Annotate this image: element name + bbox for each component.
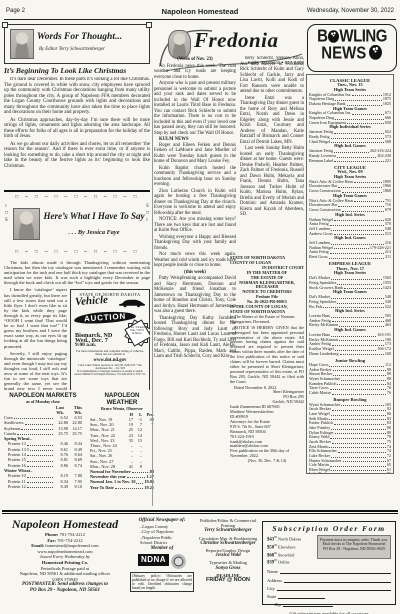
subscription-footer: Gift subscriptions available for all occ… [267,611,391,614]
subscription-form: Subscription Order Form $4300 North Dako… [262,521,396,605]
field-blank-line[interactable] [283,602,333,607]
legal-heading: STATE OF NORTH DAKOTACOUNTY OF LOGANIN D… [230,256,304,325]
news-block: berly Schlecht, Stetson, Anna, Ava and S… [240,56,304,95]
official-items: –Logan County–City of Napoleon–Napoleon … [130,524,194,546]
fredonia-column-1: (Week of Nov. 23)No Fredonia news this w… [154,56,236,508]
news-block: No Fredonia news this week. The cold wea… [154,64,236,81]
field-blank-line[interactable] [278,594,325,599]
news-block: Kulm Baptist church hosted the community… [154,166,236,188]
masthead-lines: Phone: 701-754-2212Fax: 701-754-2212Emai… [4,532,126,582]
news-block: Anyone who is past and present military … [154,81,236,136]
correspondent-photo [168,30,191,59]
data-tables: NAPOLEON MARKETS as of Monday close Last… [4,392,154,508]
bowling-entry: Diane Lindenberg168 [309,352,391,357]
form-field[interactable]: State [267,594,325,599]
decorative-border-bottom: □ ∼ □ ∼ □ ∼ □ ∼ □ ∼ □ ∼ □ [4,250,150,256]
market-row: Protein 128.498.10 [4,484,82,489]
weather-rows: Sat., Nov. 1917-1.08 Sun., Nov. 20197T M… [90,417,154,469]
staff-entry: Circulation Mgr. & Bookkeeping Christine… [198,536,258,546]
news-block: Roger and Eileen Feiken and Dennis Feike… [154,143,236,165]
form-field[interactable]: Name [267,569,391,574]
bowling-logo: BWLING NEWS [307,24,397,72]
article-paragraph: As we go about our daily activities and … [4,142,150,170]
price-option: $5000 Elsewhere [267,543,315,551]
newspaper-page: Page 2 Napoleon Homestead Wednesday, Nov… [0,0,400,614]
news-block: Not much news this week again. Weather a… [154,252,236,269]
bowling-ball-icon [369,45,382,60]
staff-name: Jessica Wald [198,553,258,558]
legal-signature: Sheri KleingartnerPO Box 295Gackle, ND 5… [230,390,304,405]
legal-heading-line: In The Matter of the Estate of Norman Kl… [230,315,304,325]
ad-info: For more information and complete listin… [72,350,148,357]
postmaster-address: PO Box 29 - Napoleon, ND 58561 [4,588,126,594]
news-block: Zion Lutheran Church in Kulm will again … [154,189,236,217]
subscription-prices: $4300 North Dakota$5000 Elsewhere$6800 S… [267,535,315,566]
bowling-league: CLASSIC LEAGUETues., Nov. 15High Team Se… [309,78,391,164]
subscription-fields: Name Address City State Zip [267,569,391,607]
decorative-border-right: S□≀ [146,203,149,224]
news-block: Irene Entzi was a Thanksgiving Day dinne… [240,96,304,146]
decorative-border-left: ≀□S [5,203,8,224]
fredonia-column-2: berly Schlecht, Stetson, Anna, Ava and S… [240,56,304,254]
staff-name: Terry Schwartzenberger [198,528,258,533]
starburst-badge: Cars • Pickups Vans • SUVs & More! [125,320,149,344]
jessica-paragraph: The kids almost made it through Thanksgi… [4,260,150,285]
weather-summary-row: Year To Date19.21 [90,485,154,490]
payment-note: Payment must accompany order. Thank you.… [317,535,391,559]
bowling-league: Junior BowlingHope Gross112Aiden Becker9… [309,358,391,396]
association-seal-icon [171,554,186,569]
col-last-week: Last Wk. [49,405,64,415]
jessica-column-body: The kids almost made it through Thanksgi… [4,260,150,390]
weather-title: NAPOLEON WEATHER [90,392,154,406]
staff-list: Publisher/Editor & Commercial Printing T… [198,518,258,583]
article-title: It’s Beginning To Look Like Christmas [4,66,150,75]
editor-photo [10,29,34,59]
issue-date: Wednesday, November 30, 2022 [307,8,394,14]
staff-name: Christine Schwartzenberger [198,541,258,546]
news-block: (Week of Nov. 23) [154,57,236,63]
bowling-league: EMPRESS LEAGUEThurs., Nov. 17High Team S… [309,261,391,356]
masthead-rule [2,513,398,514]
ndna-logo: NDNA [138,554,169,566]
form-field[interactable]: City [267,586,391,591]
field-blank-line[interactable] [284,578,391,583]
form-field[interactable]: Address [267,578,391,583]
masthead: Napoleon Homestead Phone: 701-754-2212Fa… [2,510,398,614]
article-body: It’s darn near December. In these parts … [4,77,150,188]
article-paragraph: It’s darn near December. In these parts … [4,77,150,116]
col-this-week: This Wk. [67,405,82,415]
bowling-entry: Brennan Label221 [309,159,391,164]
news-block: (this week) [154,270,236,276]
markets-title: NAPOLEON MARKETS [4,392,82,399]
subscription-title: Subscription Order Form [267,524,391,533]
field-blank-line[interactable] [277,586,391,591]
ad-website-link[interactable]: www.dot.nd.gov [72,358,148,363]
weather-subtitle: Bruce Wentz, Observer [90,406,154,411]
obituary-policy: Obituary policy: Obituaries are publishe… [130,572,194,593]
decorative-border-top: □ ∼ □ ∼ □ ∼ □ ∼ □ ∼ □ ∼ □ [4,195,150,201]
car-icon [118,297,146,308]
words-for-thought-header: Words For Thought... By Editor Terry Sch… [4,24,150,64]
staff-entry: Reporter/Graphic Design Jessica Wald [198,548,258,558]
bowling-entry: Luka Becker71 [309,472,391,474]
affiliations: Official Newspaper of: –Logan County–Cit… [130,518,194,592]
price-option: $3900 Online [267,558,315,566]
member-label: Member of [130,546,194,552]
markets-table: NAPOLEON MARKETS as of Monday close Last… [4,392,82,489]
markets-subtitle: as of Monday close [4,399,82,404]
staff-role: Publisher/Editor & Commercial Printing [198,518,258,528]
ad-fine-print-2: If accommodation or language assistance … [72,370,148,376]
price-option: $6800 Snowbird [267,551,315,559]
bowling-entry: Brett Gross211 [309,255,391,260]
jessica-column-header: □ ∼ □ ∼ □ ∼ □ ∼ □ ∼ □ ∼ □ ≀□S S□≀ Here’s… [4,195,150,256]
deadline-value: FRIDAY @ NOON [198,578,258,583]
bowling-list: CLASSIC LEAGUETues., Nov. 15High Team Se… [306,74,394,474]
news-block: NOTICE: Are you missing some keys? There… [154,217,236,234]
jessica-column-title: Here’s What I Have To Say [42,211,146,221]
news-block: Patty Weispfenning accompanied David and… [154,276,236,315]
section-divider [4,190,150,192]
bowling-news: BWLING NEWS CLASSIC LEAGUETues., Nov. 15… [306,24,398,476]
legal-body: NOTICE IS HEREBY GIVEN that the undersig… [230,326,304,385]
weather-summary: Normal for November.88 November this yea… [90,469,154,490]
starburst-text: Cars • Pickups Vans • SUVs & More! [129,326,145,335]
publication-info: Napoleon Homestead Phone: 701-754-2212Fa… [4,518,126,594]
bowling-league: CITY LEAGUEWed., Nov. 09High Team Series… [309,165,391,260]
jessica-photo [13,208,40,240]
legal-notice: STATE OF NORTH DAKOTACOUNTY OF LOGANIN D… [230,256,304,506]
bowling-ball-icon [328,30,339,43]
markets-rows: Corn6.526.53 Sunflowers22.8022.80 Soybea… [4,415,82,489]
news-block: Wishing everyone a Happy and Blessed Tha… [154,235,236,252]
field-blank-line[interactable] [280,569,391,574]
legal-footer-dates: (Nov. 30, Dec. 7 & 14) [230,459,304,464]
column-rule [152,78,153,506]
official-newspaper-title: Official Newspaper of: [130,518,194,524]
bowling-entry: Caleb Martin76 [309,391,391,396]
fredonia-title: Fredonia [194,28,279,53]
bowling-league: Bumper BowlingWyatt Schumacher105Jacob B… [309,397,391,474]
markets-column-headers: Last Wk. This Wk. [4,405,82,415]
article-paragraph: As Christmas approaches, day-by-day I’m … [4,118,150,140]
weather-table: NAPOLEON WEATHER Bruce Wentz, Observer H… [90,392,154,490]
staff-entry: Publisher/Editor & Commercial Printing T… [198,518,258,534]
vehicle-auction-ad: STATE OF NORTH DAKOTA Vehicle AUCTION Ca… [70,289,150,390]
jessica-byline: . . . By Jessica Faye [42,229,146,236]
form-field[interactable]: Zip [274,602,332,607]
masthead-name: Napoleon Homestead [4,518,126,531]
ad-vehicle-word: Vehicle [75,298,108,305]
staff-name: Sonya Gross [198,566,258,571]
legal-attorneys: Isaak Zimmerman ID #07665Matthew Wermers… [230,405,304,449]
words-for-thought-title: Words For Thought... [37,32,145,42]
editor-byline: By Editor Terry Schwartzenberger [39,47,145,52]
news-block: Thanksgiving Day Kathy Jacobson hosted T… [154,316,236,360]
price-option: $4300 North Dakota [267,535,315,543]
staff-entry: Typesetter & Mailing Sonya Gross [198,560,258,570]
news-block: Last week Sunday Betty Hulm hosted an ea… [240,146,304,218]
